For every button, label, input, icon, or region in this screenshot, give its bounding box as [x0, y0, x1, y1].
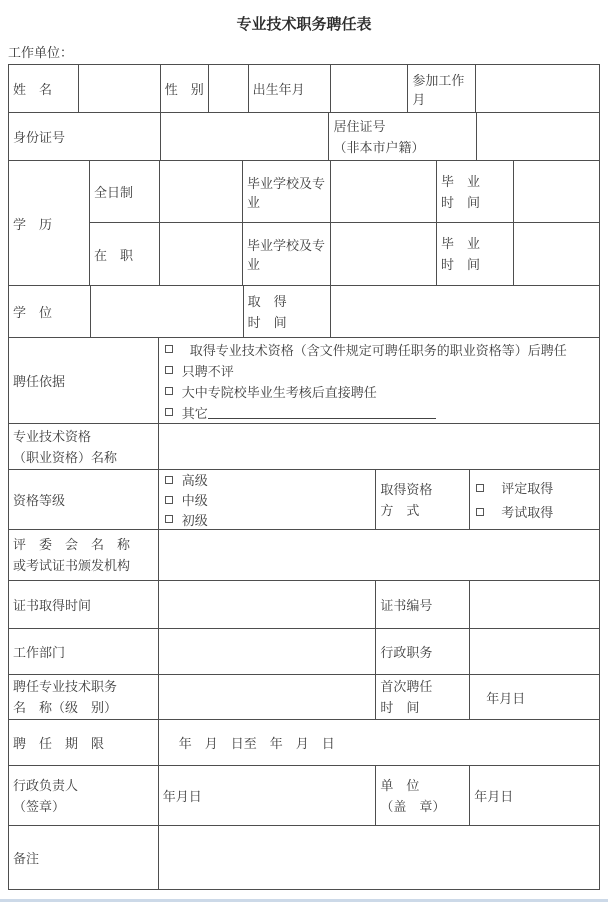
residence-permit-line2: （非本市户籍）	[333, 137, 424, 158]
unit-seal-date-cell: 年月日	[470, 766, 600, 826]
fulltime-grad-time-value-cell	[514, 161, 600, 223]
qualification-name-label: 专业技术资格 （职业资格）名称	[9, 424, 159, 470]
qualification-name-value-cell	[159, 424, 600, 470]
checkbox-icon	[165, 515, 173, 523]
residence-permit-label: 居住证号 （非本市户籍）	[329, 113, 477, 161]
first-appointment-date-cell: 年月日	[470, 675, 600, 720]
birth-label: 出生年月	[249, 65, 332, 113]
onjob-school-value-cell	[331, 223, 437, 286]
blank-underline	[208, 406, 436, 419]
qualification-grade-label: 资格等级	[9, 470, 159, 530]
checkbox-icon	[165, 345, 173, 353]
education-onjob-row: 在 职 毕业学校及专业 毕 业 时 间	[90, 223, 600, 286]
grade-options: 高级 中级 初级	[159, 470, 377, 530]
grade-option-label: 高级	[182, 470, 208, 489]
obtain-method-label: 取得资格 方 式	[376, 470, 470, 530]
fulltime-school-label: 毕业学校及专业	[243, 161, 331, 223]
method-option: 考试取得	[476, 500, 599, 524]
onjob-grad-time-value-cell	[514, 223, 600, 286]
committee-line2: 或考试证书颁发机构	[13, 555, 130, 576]
education-fulltime-row: 全日制 毕业学校及专业 毕 业 时 间	[90, 161, 600, 223]
basis-option-label: 其它	[182, 403, 208, 422]
row-education: 学 历 全日制 毕业学校及专业 毕 业 时 间 在 职 毕业学校及专业 毕 业	[9, 161, 600, 286]
form-title: 专业技术职务聘任表	[0, 13, 608, 34]
basis-option-label: 大中专院校毕业生考核后直接聘任	[182, 382, 377, 401]
checkbox-icon	[165, 387, 173, 395]
appointment-term-value: 年 月 日至 年 月 日	[159, 720, 600, 766]
certificate-time-label: 证书取得时间	[9, 581, 159, 629]
row-department: 工作部门 行政职务	[9, 629, 600, 675]
basis-option: 只聘不评	[165, 360, 599, 381]
residence-permit-line1: 居住证号	[333, 116, 385, 137]
admin-head-line1: 行政负责人	[13, 775, 78, 796]
education-label: 学 历	[9, 161, 90, 286]
admin-post-value-cell	[470, 629, 600, 675]
id-number-label: 身份证号	[9, 113, 161, 161]
qualification-name-line1: 专业技术资格	[13, 426, 91, 447]
department-label: 工作部门	[9, 629, 159, 675]
department-value-cell	[159, 629, 377, 675]
notes-value-cell	[159, 826, 600, 890]
certificate-number-value-cell	[470, 581, 600, 629]
row-name: 姓 名 性 别 出生年月 参加工作月	[9, 65, 600, 113]
obtain-method-line2: 方 式	[380, 500, 419, 521]
method-option-label: 考试取得	[501, 502, 553, 521]
committee-value-cell	[159, 530, 600, 581]
row-qualification-name: 专业技术资格 （职业资格）名称	[9, 424, 600, 470]
basis-option-label: 只聘不评	[182, 361, 234, 380]
checkbox-icon	[165, 496, 173, 504]
join-work-value-cell	[476, 65, 600, 113]
grade-option-label: 中级	[182, 490, 208, 509]
name-label: 姓 名	[9, 65, 79, 113]
page-bottom-edge	[0, 899, 608, 902]
obtain-method-options: 评定取得 考试取得	[470, 470, 600, 530]
checkbox-icon	[165, 476, 173, 484]
appointment-form-table: 姓 名 性 别 出生年月 参加工作月 身份证号 居住证号 （非本市户籍） 学 历…	[8, 64, 600, 890]
join-work-label: 参加工作月	[408, 65, 476, 113]
row-notes: 备注	[9, 826, 600, 890]
degree-label: 学 位	[9, 286, 91, 338]
residence-permit-value-cell	[477, 113, 600, 161]
work-unit-label: 工作单位：	[8, 42, 608, 61]
checkbox-icon	[476, 484, 484, 492]
basis-option: 取得专业技术资格（含文件规定可聘任职务的职业资格等）后聘任	[165, 339, 599, 360]
grade-option: 初级	[165, 509, 376, 529]
fulltime-value-cell	[160, 161, 243, 223]
row-certificate: 证书取得时间 证书编号	[9, 581, 600, 629]
obtain-time-line1: 取 得	[248, 291, 287, 312]
basis-option-label: 取得专业技术资格（含文件规定可聘任职务的职业资格等）后聘任	[190, 340, 567, 359]
committee-label: 评 委 会 名 称 或考试证书颁发机构	[9, 530, 159, 581]
checkbox-icon	[165, 408, 173, 416]
appointed-position-line2: 名 称（级 别）	[13, 697, 117, 718]
degree-obtain-time-value-cell	[331, 286, 600, 338]
grad-time-line1: 毕 业	[441, 171, 480, 192]
admin-head-line2: （签章）	[13, 796, 65, 817]
unit-seal-label: 单 位 （盖 章）	[376, 766, 470, 826]
certificate-time-value-cell	[159, 581, 377, 629]
id-number-value-cell	[161, 113, 330, 161]
notes-label: 备注	[9, 826, 159, 890]
committee-line1: 评 委 会 名 称	[13, 534, 130, 555]
obtain-time-line2: 时 间	[248, 312, 287, 333]
onjob-label: 在 职	[90, 223, 160, 286]
appointment-basis-label: 聘任依据	[9, 338, 159, 424]
row-signatures: 行政负责人 （签章） 年月日 单 位 （盖 章） 年月日	[9, 766, 600, 826]
onjob-school-label: 毕业学校及专业	[243, 223, 331, 286]
fulltime-label: 全日制	[90, 161, 160, 223]
row-degree: 学 位 取 得 时 间	[9, 286, 600, 338]
admin-post-label: 行政职务	[376, 629, 470, 675]
row-qualification-grade: 资格等级 高级 中级 初级 取得资格 方 式 评定取得	[9, 470, 600, 530]
obtain-method-line1: 取得资格	[380, 479, 432, 500]
grad-time-line2: 时 间	[441, 254, 480, 275]
row-appointed-position: 聘任专业技术职务 名 称（级 别） 首次聘任 时 间 年月日	[9, 675, 600, 720]
unit-seal-line1: 单 位	[380, 775, 419, 796]
certificate-number-label: 证书编号	[376, 581, 470, 629]
first-appointment-time-label: 首次聘任 时 间	[376, 675, 470, 720]
appointed-position-value-cell	[159, 675, 377, 720]
row-committee: 评 委 会 名 称 或考试证书颁发机构	[9, 530, 600, 581]
gender-value-cell	[209, 65, 249, 113]
education-subrows: 全日制 毕业学校及专业 毕 业 时 间 在 职 毕业学校及专业 毕 业 时 间	[90, 161, 600, 286]
grade-option: 高级	[165, 470, 376, 490]
gender-label: 性 别	[161, 65, 209, 113]
basis-option: 其它	[165, 402, 599, 423]
name-value-cell	[79, 65, 161, 113]
birth-value-cell	[331, 65, 408, 113]
method-option-label: 评定取得	[501, 478, 553, 497]
unit-seal-line2: （盖 章）	[380, 796, 445, 817]
basis-option: 大中专院校毕业生考核后直接聘任	[165, 381, 599, 402]
appointed-position-label: 聘任专业技术职务 名 称（级 别）	[9, 675, 159, 720]
grad-time-line2: 时 间	[441, 192, 480, 213]
degree-obtain-time-label: 取 得 时 间	[244, 286, 332, 338]
first-appointment-line1: 首次聘任	[380, 676, 432, 697]
degree-value-cell	[91, 286, 244, 338]
row-appointment-basis: 聘任依据 取得专业技术资格（含文件规定可聘任职务的职业资格等）后聘任 只聘不评 …	[9, 338, 600, 424]
checkbox-icon	[476, 508, 484, 516]
fulltime-school-value-cell	[331, 161, 437, 223]
grade-option-label: 初级	[182, 510, 208, 529]
grade-option: 中级	[165, 490, 376, 510]
row-id-number: 身份证号 居住证号 （非本市户籍）	[9, 113, 600, 161]
appointment-term-label: 聘 任 期 限	[9, 720, 159, 766]
admin-head-date-cell: 年月日	[159, 766, 377, 826]
appointed-position-line1: 聘任专业技术职务	[13, 676, 117, 697]
qualification-name-line2: （职业资格）名称	[13, 447, 117, 468]
first-appointment-line2: 时 间	[380, 697, 419, 718]
checkbox-icon	[165, 366, 173, 374]
fulltime-grad-time-label: 毕 业 时 间	[437, 161, 514, 223]
grad-time-line1: 毕 业	[441, 233, 480, 254]
admin-head-label: 行政负责人 （签章）	[9, 766, 159, 826]
row-appointment-term: 聘 任 期 限 年 月 日至 年 月 日	[9, 720, 600, 766]
onjob-grad-time-label: 毕 业 时 间	[437, 223, 514, 286]
method-option: 评定取得	[476, 476, 599, 500]
appointment-basis-options: 取得专业技术资格（含文件规定可聘任职务的职业资格等）后聘任 只聘不评 大中专院校…	[159, 338, 600, 424]
onjob-value-cell	[160, 223, 243, 286]
